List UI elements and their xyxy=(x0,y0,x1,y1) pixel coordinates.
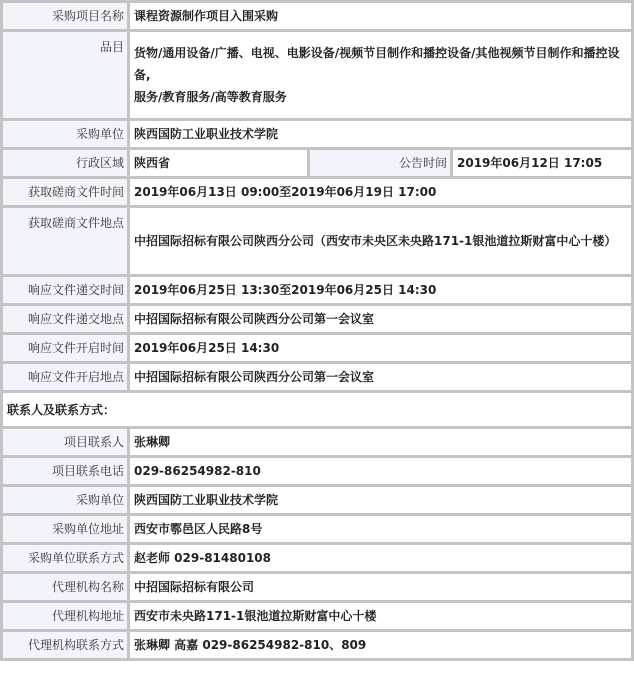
contact-value: 中招国际招标有限公司 xyxy=(129,573,633,602)
value-project-name: 课程资源制作项目入围采购 xyxy=(129,2,633,31)
contact-label: 采购单位 xyxy=(2,486,129,515)
contact-value: 张琳卿 高嘉 029-86254982-810、809 xyxy=(129,631,633,660)
contact-value: 张琳卿 xyxy=(129,428,633,457)
contact-value: 陕西国防工业职业技术学院 xyxy=(129,486,633,515)
contact-row: 采购单位 陕西国防工业职业技术学院 xyxy=(2,486,633,515)
label-doc-time: 获取磋商文件时间 xyxy=(2,178,129,207)
contact-label: 采购单位地址 xyxy=(2,515,129,544)
contact-value: 029-86254982-810 xyxy=(129,457,633,486)
value-submit-time: 2019年06月25日 13:30至2019年06月25日 14:30 xyxy=(129,276,633,305)
contact-value: 西安市鄠邑区人民路8号 xyxy=(129,515,633,544)
value-doc-time: 2019年06月13日 09:00至2019年06月19日 17:00 xyxy=(129,178,633,207)
label-open-place: 响应文件开启地点 xyxy=(2,363,129,392)
label-submit-place: 响应文件递交地点 xyxy=(2,305,129,334)
contact-row: 代理机构联系方式 张琳卿 高嘉 029-86254982-810、809 xyxy=(2,631,633,660)
row-project-name: 采购项目名称 课程资源制作项目入围采购 xyxy=(2,2,633,31)
value-category: 货物/通用设备/广播、电视、电影设备/视频节目制作和播控设备/其他视频节目制作和… xyxy=(129,31,633,120)
contact-value: 赵老师 029-81480108 xyxy=(129,544,633,573)
row-purchaser: 采购单位 陕西国防工业职业技术学院 xyxy=(2,120,633,149)
row-doc-place: 获取磋商文件地点 中招国际招标有限公司陕西分公司（西安市未央区未央路171-1银… xyxy=(2,207,633,276)
row-open-place: 响应文件开启地点 中招国际招标有限公司陕西分公司第一会议室 xyxy=(2,363,633,392)
procurement-info-table: 采购项目名称 课程资源制作项目入围采购 品目 货物/通用设备/广播、电视、电影设… xyxy=(0,0,634,661)
contact-label: 代理机构地址 xyxy=(2,602,129,631)
contact-section-title: 联系人及联系方式： xyxy=(2,392,633,428)
row-open-time: 响应文件开启时间 2019年06月25日 14:30 xyxy=(2,334,633,363)
label-announce-time: 公告时间 xyxy=(309,149,452,178)
label-doc-place: 获取磋商文件地点 xyxy=(2,207,129,276)
contact-row: 采购单位联系方式 赵老师 029-81480108 xyxy=(2,544,633,573)
contact-value: 西安市未央路171-1银池道拉斯财富中心十楼 xyxy=(129,602,633,631)
contact-label: 项目联系人 xyxy=(2,428,129,457)
row-contact-section: 联系人及联系方式： xyxy=(2,392,633,428)
contact-row: 采购单位地址 西安市鄠邑区人民路8号 xyxy=(2,515,633,544)
value-open-place: 中招国际招标有限公司陕西分公司第一会议室 xyxy=(129,363,633,392)
contact-label: 代理机构名称 xyxy=(2,573,129,602)
value-open-time: 2019年06月25日 14:30 xyxy=(129,334,633,363)
value-region: 陕西省 xyxy=(129,149,309,178)
contact-row: 代理机构名称 中招国际招标有限公司 xyxy=(2,573,633,602)
label-open-time: 响应文件开启时间 xyxy=(2,334,129,363)
contact-label: 项目联系电话 xyxy=(2,457,129,486)
row-region: 行政区域 陕西省 公告时间 2019年06月12日 17:05 xyxy=(2,149,633,178)
row-submit-time: 响应文件递交时间 2019年06月25日 13:30至2019年06月25日 1… xyxy=(2,276,633,305)
contact-row: 项目联系电话 029-86254982-810 xyxy=(2,457,633,486)
category-line-1: 货物/通用设备/广播、电视、电影设备/视频节目制作和播控设备/其他视频节目制作和… xyxy=(134,42,627,86)
contact-row: 代理机构地址 西安市未央路171-1银池道拉斯财富中心十楼 xyxy=(2,602,633,631)
contact-label: 代理机构联系方式 xyxy=(2,631,129,660)
value-purchaser: 陕西国防工业职业技术学院 xyxy=(129,120,633,149)
label-region: 行政区域 xyxy=(2,149,129,178)
label-submit-time: 响应文件递交时间 xyxy=(2,276,129,305)
row-submit-place: 响应文件递交地点 中招国际招标有限公司陕西分公司第一会议室 xyxy=(2,305,633,334)
label-project-name: 采购项目名称 xyxy=(2,2,129,31)
value-doc-place: 中招国际招标有限公司陕西分公司（西安市未央区未央路171-1银池道拉斯财富中心十… xyxy=(129,207,633,276)
row-doc-time: 获取磋商文件时间 2019年06月13日 09:00至2019年06月19日 1… xyxy=(2,178,633,207)
value-announce-time: 2019年06月12日 17:05 xyxy=(452,149,633,178)
contact-label: 采购单位联系方式 xyxy=(2,544,129,573)
category-line-2: 服务/教育服务/高等教育服务 xyxy=(134,86,627,108)
contact-row: 项目联系人 张琳卿 xyxy=(2,428,633,457)
value-submit-place: 中招国际招标有限公司陕西分公司第一会议室 xyxy=(129,305,633,334)
label-purchaser: 采购单位 xyxy=(2,120,129,149)
label-category: 品目 xyxy=(2,31,129,120)
row-category: 品目 货物/通用设备/广播、电视、电影设备/视频节目制作和播控设备/其他视频节目… xyxy=(2,31,633,120)
